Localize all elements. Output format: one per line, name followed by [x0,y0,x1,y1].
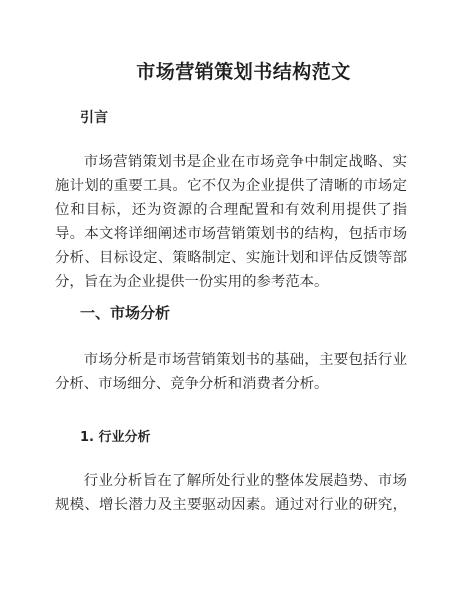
document-page: 市场营销策划书结构范文 引言 市场营销策划书是企业在市场竞争中制定战略、实施计划… [0,0,463,600]
document-title: 市场营销策划书结构范文 [0,57,463,84]
section-heading-introduction: 引言 [80,107,108,127]
introduction-paragraph: 市场营销策划书是企业在市场竞争中制定战略、实施计划的重要工具。它不仅为企业提供了… [55,150,407,294]
market-analysis-paragraph: 市场分析是市场营销策划书的基础，主要包括行业分析、市场细分、竞争分析和消费者分析… [55,348,407,396]
section-heading-market-analysis: 一、市场分析 [80,302,170,323]
subsection-heading-industry-analysis: 1. 行业分析 [80,426,151,445]
industry-analysis-paragraph: 行业分析旨在了解所处行业的整体发展趋势、市场规模、增长潜力及主要驱动因素。通过对… [55,469,407,517]
